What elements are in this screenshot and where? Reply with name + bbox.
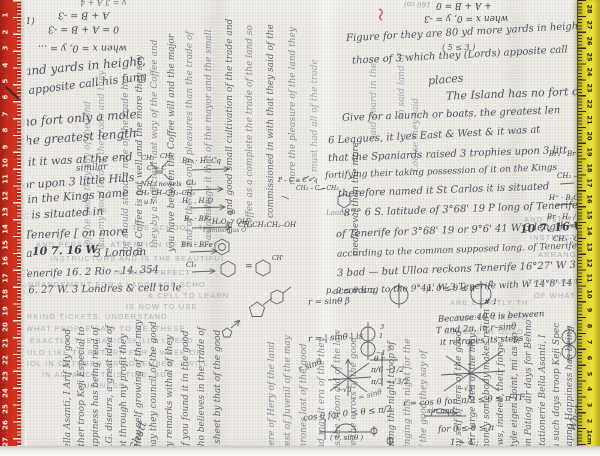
ruler-major-ticks [13,0,21,447]
ruler-number: 5 [2,75,10,88]
tape-number: 9 [586,303,594,318]
ruler-number: 6 [2,91,10,104]
tape-number: 12 [586,255,594,270]
tape-number: 27 [586,17,594,32]
ruler-number: 12 [2,189,10,202]
tape-number: 14 [586,223,594,238]
ruler-number: 16 [2,255,10,268]
tape-number: 23 [586,81,594,96]
ruler-number: 26 [2,419,10,432]
tape-number: 15 [586,208,594,223]
tape-number: 6 [586,350,594,365]
tape-number: 7 [586,334,594,349]
tape-number: 8 [586,319,594,334]
tape-number: 1cm [586,429,594,444]
tape-number: 2 [586,414,594,429]
tape-number: 13 [586,239,594,254]
ruler-number: 3 [2,42,10,55]
tape-number: 11 [586,271,594,286]
ruler-number: 9 [2,140,10,153]
tape-number: 26 [586,33,594,48]
ruler-number: 24 [2,386,10,399]
tape-number: 4 [586,382,594,397]
ruler-number: 14 [2,222,10,235]
ruler-number: 7 [2,107,10,120]
photo-bottom-edge [0,446,600,456]
yellow-tape-ruler: 2827262524232221201918171615141312111098… [577,0,600,449]
tape-number: 18 [586,160,594,175]
ruler-number: 19 [2,304,10,317]
ruler-number: 13 [2,206,10,219]
fabric-background [0,0,600,456]
tape-number: 3 [586,398,594,413]
ruler-number: 1 [2,9,10,22]
fabric-selvage-gap [21,0,27,447]
tape-number: 22 [586,97,594,112]
ruler-number: 20 [2,321,10,334]
tape-number: 5 [586,366,594,381]
ruler-number: 21 [2,337,10,350]
tape-number: 25 [586,49,594,64]
tape-number: 24 [586,65,594,80]
ruler-number: 11 [2,173,10,186]
tape-number: 10 [586,287,594,302]
ruler-number: 8 [2,124,10,137]
ruler-number: 22 [2,353,10,366]
ruler-number: 25 [2,403,10,416]
tape-number: 16 [586,192,594,207]
tape-number: 19 [586,144,594,159]
ruler-number: 17 [2,271,10,284]
ruler-number: 10 [2,157,10,170]
ruler-number: 4 [2,58,10,71]
ruler-number: 15 [2,239,10,252]
tape-number: 28 [586,2,594,17]
ruler-number: 2 [2,25,10,38]
tape-number: 17 [586,176,594,191]
tape-number: 21 [586,112,594,127]
ruler-number: 18 [2,288,10,301]
ruler-number: 23 [2,370,10,383]
tape-number: 20 [586,128,594,143]
red-ruler: 1234567891011121314151617181920212223242… [0,0,21,447]
fabric-swatch-photo: he should stand a mile of the trade heth… [0,0,600,456]
